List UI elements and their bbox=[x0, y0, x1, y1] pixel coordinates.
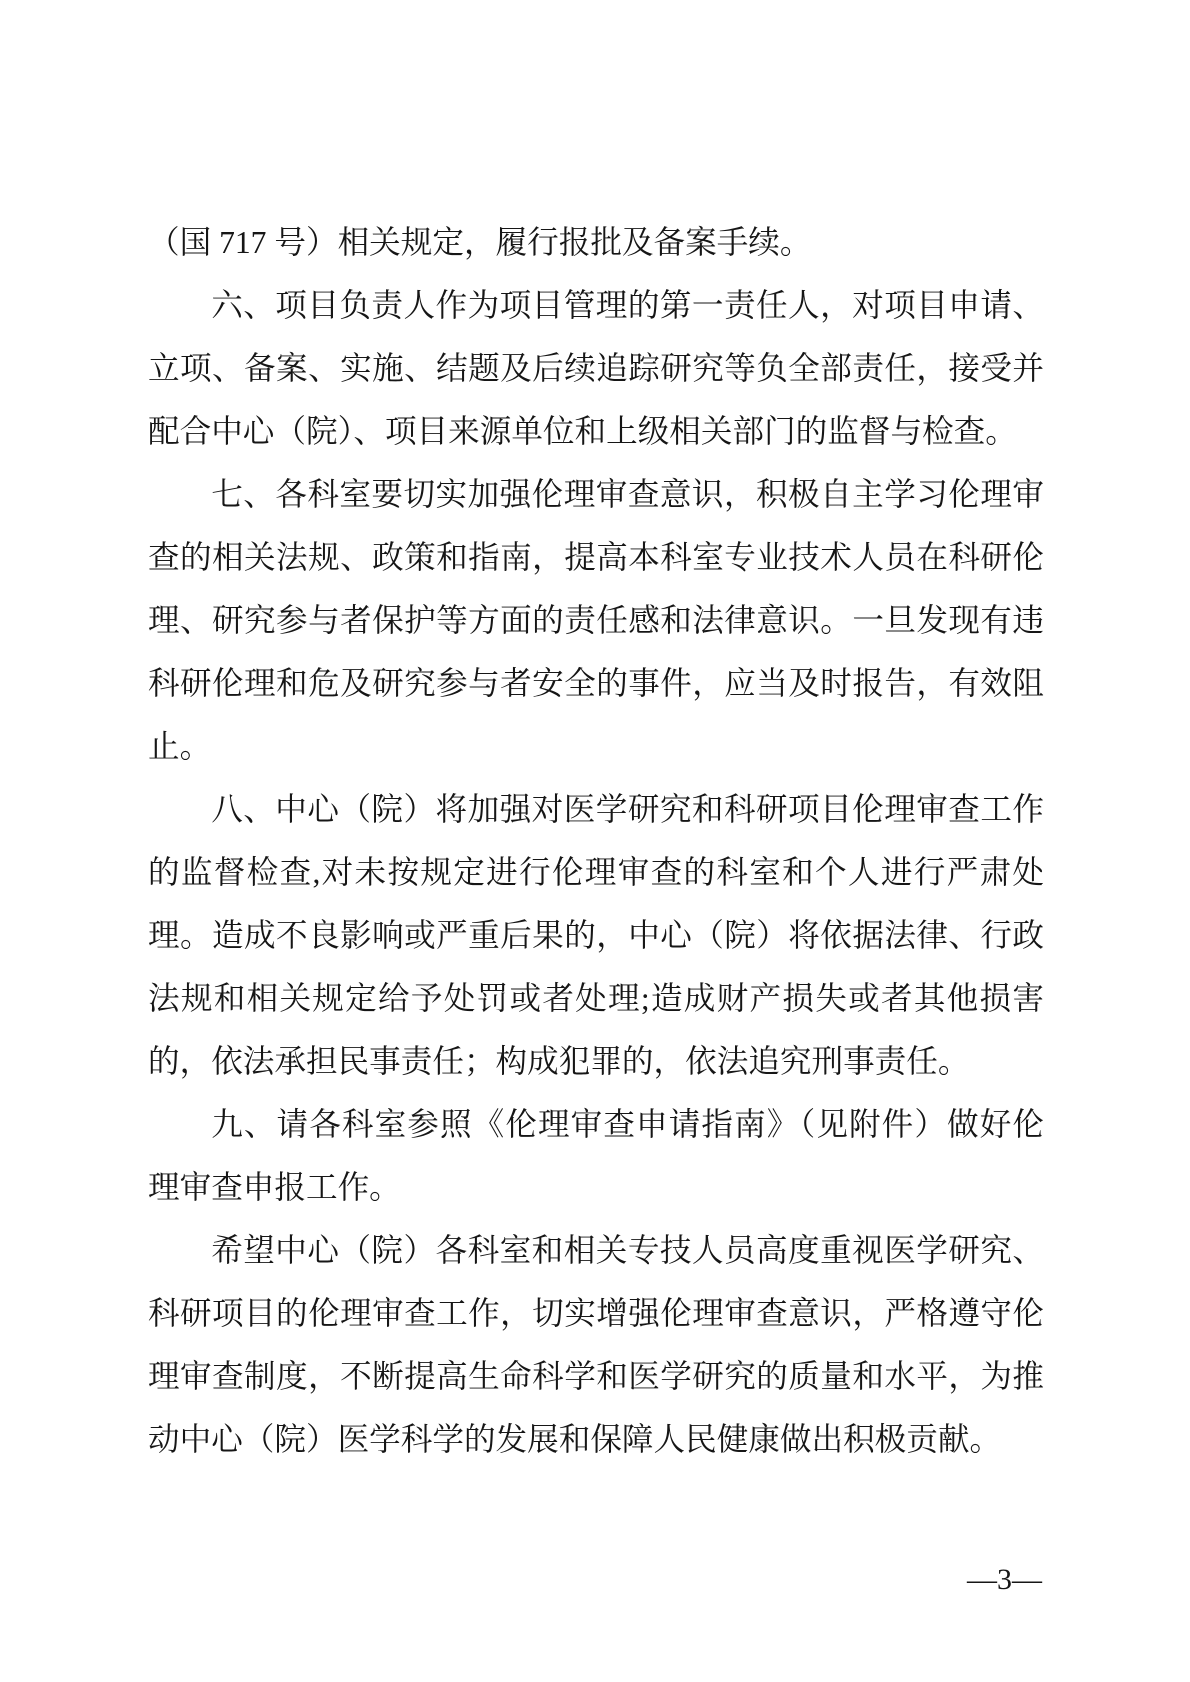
body-line: 理。造成不良影响或严重后果的，中心（院）将依据法律、行政 bbox=[148, 904, 1044, 967]
body-line: 立项、备案、实施、结题及后续追踪研究等负全部责任，接受并 bbox=[148, 337, 1044, 400]
document-body: （国 717 号）相关规定，履行报批及备案手续。 六、项目负责人作为项目管理的第… bbox=[148, 211, 1044, 1471]
body-line: 九、请各科室参照《伦理审查申请指南》（见附件）做好伦 bbox=[148, 1093, 1044, 1156]
body-line: 的，依法承担民事责任；构成犯罪的，依法追究刑事责任。 bbox=[148, 1030, 1044, 1093]
body-line: 查的相关法规、政策和指南，提高本科室专业技术人员在科研伦 bbox=[148, 526, 1044, 589]
body-line: 八、中心（院）将加强对医学研究和科研项目伦理审查工作 bbox=[148, 778, 1044, 841]
body-line: 法规和相关规定给予处罚或者处理;造成财产损失或者其他损害 bbox=[148, 967, 1044, 1030]
body-line: 理审查制度，不断提高生命科学和医学研究的质量和水平，为推 bbox=[148, 1345, 1044, 1408]
body-line: 理、研究参与者保护等方面的责任感和法律意识。一旦发现有违 bbox=[148, 589, 1044, 652]
body-line: 止。 bbox=[148, 715, 1044, 778]
body-line: 七、各科室要切实加强伦理审查意识，积极自主学习伦理审 bbox=[148, 463, 1044, 526]
body-line: 希望中心（院）各科室和相关专技人员高度重视医学研究、 bbox=[148, 1219, 1044, 1282]
body-line: 的监督检查,对未按规定进行伦理审查的科室和个人进行严肃处 bbox=[148, 841, 1044, 904]
document-page: （国 717 号）相关规定，履行报批及备案手续。 六、项目负责人作为项目管理的第… bbox=[0, 0, 1190, 1682]
body-line: 配合中心（院）、项目来源单位和上级相关部门的监督与检查。 bbox=[148, 400, 1044, 463]
body-line: 理审查申报工作。 bbox=[148, 1156, 1044, 1219]
body-line: （国 717 号）相关规定，履行报批及备案手续。 bbox=[148, 211, 1044, 274]
body-line: 六、项目负责人作为项目管理的第一责任人，对项目申请、 bbox=[148, 274, 1044, 337]
page-number: —3— bbox=[967, 1560, 1042, 1600]
body-line: 科研项目的伦理审查工作，切实增强伦理审查意识，严格遵守伦 bbox=[148, 1282, 1044, 1345]
body-line: 动中心（院）医学科学的发展和保障人民健康做出积极贡献。 bbox=[148, 1408, 1044, 1471]
body-line: 科研伦理和危及研究参与者安全的事件，应当及时报告，有效阻 bbox=[148, 652, 1044, 715]
